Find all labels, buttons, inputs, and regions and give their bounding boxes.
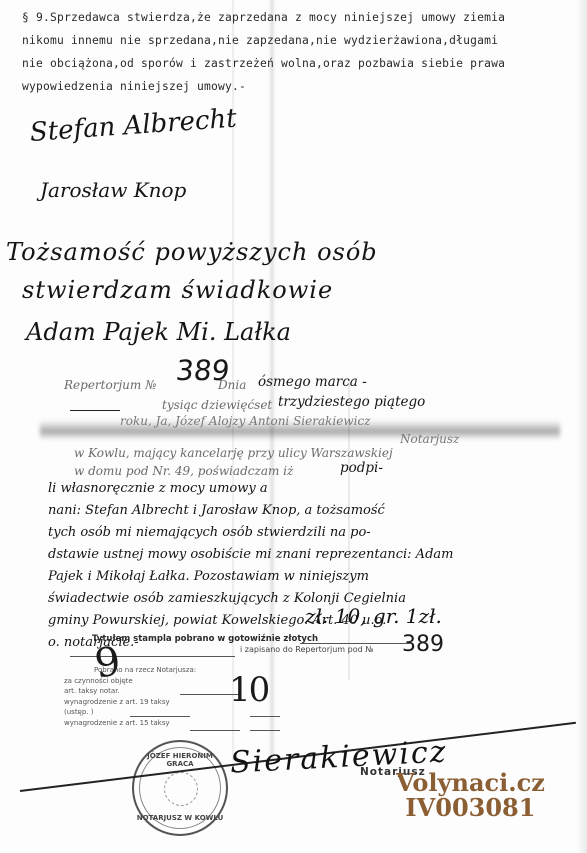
notary-seal: JÓZEF HIERONIM GRACA NOTARJUSZ W KOWLU [132, 740, 228, 836]
handwritten-line: Pajek i Mikołaj Łałka. Pozostawiam w nin… [48, 566, 587, 588]
watermark: Volynaci.cz IV003081 [396, 770, 545, 820]
repertorium-label: Repertorjum № [64, 378, 156, 392]
year-printed: tysiąc dziewięćset [162, 398, 272, 412]
typed-line: wypowiedzenia niniejszej umowy.- [22, 75, 562, 98]
typed-line: nikomu innemu nie sprzedana,nie zapzedan… [22, 29, 562, 52]
entered-repertorium-label: i zapisano do Repertorjum pod № [240, 645, 374, 654]
year-handwritten: trzydziestego piątego [278, 394, 425, 410]
notary-fees-block: Pobrano na rzecz Notarjusza: za czynnośc… [64, 665, 196, 728]
fee-row: wynagrodzenie z art. 15 taksy [64, 718, 196, 729]
seal-text-bottom: NOTARJUSZ W KOWLU [134, 814, 226, 822]
fee-row: art. taksy notar. [64, 686, 196, 697]
seller-signature: Stefan Albrecht [29, 104, 238, 148]
day-label: Dnia [218, 378, 246, 392]
fee-amount-handwritten: zł. 10, gr. 1zł. [305, 604, 442, 628]
line6-handwritten: podpi- [340, 460, 383, 476]
rule [250, 730, 280, 731]
typed-line: § 9.Sprzedawca stwierdza,że zaprzedana z… [22, 6, 562, 29]
watermark-id: IV003081 [396, 795, 545, 820]
attestation-line-2: stwierdzam świadkowie [22, 276, 333, 304]
collected-amount-handwritten: 10 [229, 670, 268, 710]
rule [130, 716, 190, 717]
handwritten-line: tych osób mi niemających osób stwierdzil… [48, 522, 587, 544]
fees-collected-header: Pobrano na rzecz Notarjusza: [64, 665, 196, 676]
paper-edge-shadow [577, 0, 587, 853]
rule [70, 410, 120, 411]
rule [250, 716, 280, 717]
handwritten-line: dstawie ustnej mowy osobiście mi znani r… [48, 544, 587, 566]
day-value: ósmego marca - [258, 374, 367, 390]
handwritten-line: nani: Stefan Albrecht i Jarosław Knop, a… [48, 500, 587, 522]
stamp-fee-header: Tytułem stampla pobrano w gotowiźnie zło… [92, 634, 318, 644]
typed-paragraph-9: § 9.Sprzedawca stwierdza,że zaprzedana z… [22, 6, 562, 98]
witness-signatures: Adam Pajek Mi. Lałka [26, 318, 291, 346]
notary-name-printed: roku, Ja, Józef Alojzy Antoni Sierakiewi… [120, 414, 371, 428]
buyer-signature: Jarosław Knop [40, 178, 186, 202]
scanned-document-page: § 9.Sprzedawca stwierdza,że zaprzedana z… [0, 0, 587, 853]
fee-row: za czynności objęte [64, 676, 196, 687]
typed-line: nie obciążona,od sporów i zastrzeżeń wol… [22, 52, 562, 75]
entered-repertorium-number: 389 [402, 632, 444, 657]
watermark-site: Volynaci.cz [396, 770, 545, 795]
rule [190, 730, 240, 731]
handwritten-line: li własnoręcznie z mocy umowy a [48, 478, 587, 500]
office-address-printed: w Kowlu, mający kancelarję przy ulicy Wa… [74, 446, 393, 460]
notary-title-printed: Notarjusz [400, 432, 459, 446]
attestation-line-1: Tożsamość powyższych osób [6, 238, 378, 266]
fee-row: wynagrodzenie z art. 19 taksy [64, 697, 196, 708]
eagle-emblem-icon [164, 772, 198, 806]
rule [300, 643, 410, 644]
house-number-printed: w domu pod Nr. 49, poświadczam iż [74, 464, 293, 478]
